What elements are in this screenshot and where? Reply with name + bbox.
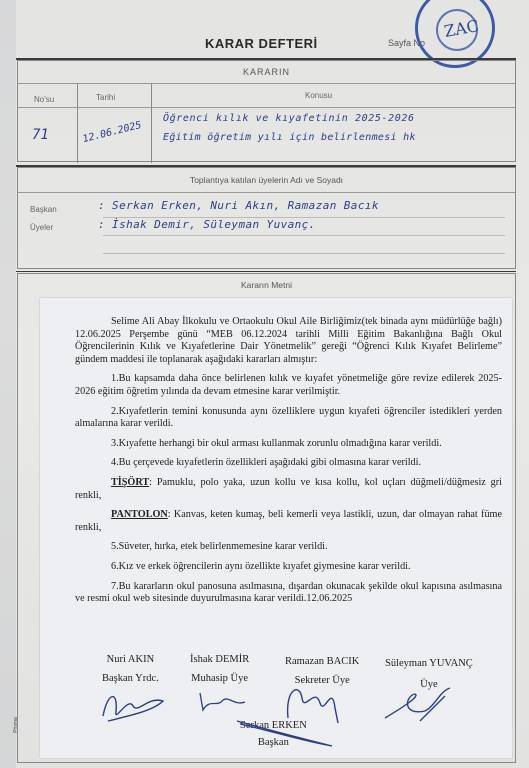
decision-item: 4.Bu çerçevede kıyafetlerin özellikleri … [75, 457, 502, 470]
page-title: KARAR DEFTERİ [205, 36, 318, 51]
signatory-role: Başkan Yrdc. [102, 673, 159, 684]
divider [151, 83, 152, 163]
divider [103, 217, 505, 218]
signatory-name: Ramazan BACIK [285, 656, 359, 667]
decision-body: Selime Ali Abay İlkokulu ve Ortaokulu Ok… [75, 316, 502, 613]
divider [77, 83, 78, 163]
decision-item: 7.Bu kararların okul panosuna asılmasına… [75, 581, 502, 606]
divider [18, 83, 515, 84]
pants-label: PANTOLON [111, 509, 168, 520]
attendee-names-members: : İshak Demir, Süleyman Yuvanç. [98, 218, 316, 231]
divider [18, 107, 515, 108]
tshirt-spec: TİŞÖRT: Pamuklu, polo yaka, uzun kollu v… [75, 477, 502, 502]
divider [103, 253, 505, 254]
signature-scrawl-icon [232, 716, 342, 751]
decision-intro: Selime Ali Abay İlkokulu ve Ortaokulu Ok… [75, 316, 502, 366]
pants-spec: PANTOLON: Kanvas, keten kumaş, beli keme… [75, 509, 502, 534]
attendee-label-members: Üyeler [30, 223, 53, 232]
side-print-mark: Prisma [13, 717, 19, 733]
divider [16, 271, 516, 272]
decision-subject-line-1: Öğrenci kılık ve kıyafetinin 2025-2026 [163, 113, 415, 124]
signature-scrawl-icon [195, 688, 250, 716]
printed-decision-sheet: Selime Ali Abay İlkokulu ve Ortaokulu Ok… [40, 298, 512, 758]
divider [18, 192, 515, 193]
signature-scrawl-icon [98, 686, 168, 726]
attendees-title: Toplantıya katılan üyelerin Adı ve Soyad… [18, 175, 515, 185]
attendees-section: Toplantıya katılan üyelerin Adı ve Soyad… [17, 167, 516, 269]
decision-item: 2.Kıyafetlerin temini konusunda aynı öze… [75, 406, 502, 431]
decision-table-title: KARARIN [18, 67, 515, 77]
decision-item: 5.Süveter, hırka, etek belirlenmemesine … [75, 541, 502, 554]
tshirt-label: TİŞÖRT [111, 477, 149, 488]
decision-item: 1.Bu kapsamda daha önce belirlenen kılık… [75, 373, 502, 398]
signatory-role: Muhasip Üye [190, 673, 249, 684]
decision-text-title: Kararın Metni [18, 280, 515, 290]
decision-item: 6.Kız ve erkek öğrencilerin aynı özellik… [75, 561, 502, 574]
decision-date: 12.06.2025 [82, 120, 143, 145]
signature-block: Nuri AKIN Başkan Yrdc. [102, 654, 159, 684]
signature-scrawl-icon [380, 686, 460, 726]
signatory-name: İshak DEMİR [190, 654, 249, 665]
decision-number: 71 [32, 127, 49, 143]
divider [103, 235, 505, 236]
column-header-subject: Konusu [305, 91, 332, 100]
signatory-name: Nuri AKIN [102, 654, 159, 665]
decision-subject-line-2: Eğitim öğretim yılı için belirlenmesi hk [163, 132, 416, 143]
attendee-names-president: : Serkan Erken, Nuri Akın, Ramazan Bacık [98, 199, 379, 212]
signatory-name: Süleyman YUVANÇ [385, 658, 473, 669]
decision-table: KARARIN No'su Tarihi Konusu 71 12.06.202… [17, 60, 516, 162]
attendee-label-president: Başkan [30, 205, 57, 214]
column-header-date: Tarihi [96, 93, 115, 102]
decision-item: 3.Kıyafette herhangi bir okul arması kul… [75, 438, 502, 451]
column-header-number: No'su [34, 95, 54, 104]
signature-block: İshak DEMİR Muhasip Üye [190, 654, 249, 684]
